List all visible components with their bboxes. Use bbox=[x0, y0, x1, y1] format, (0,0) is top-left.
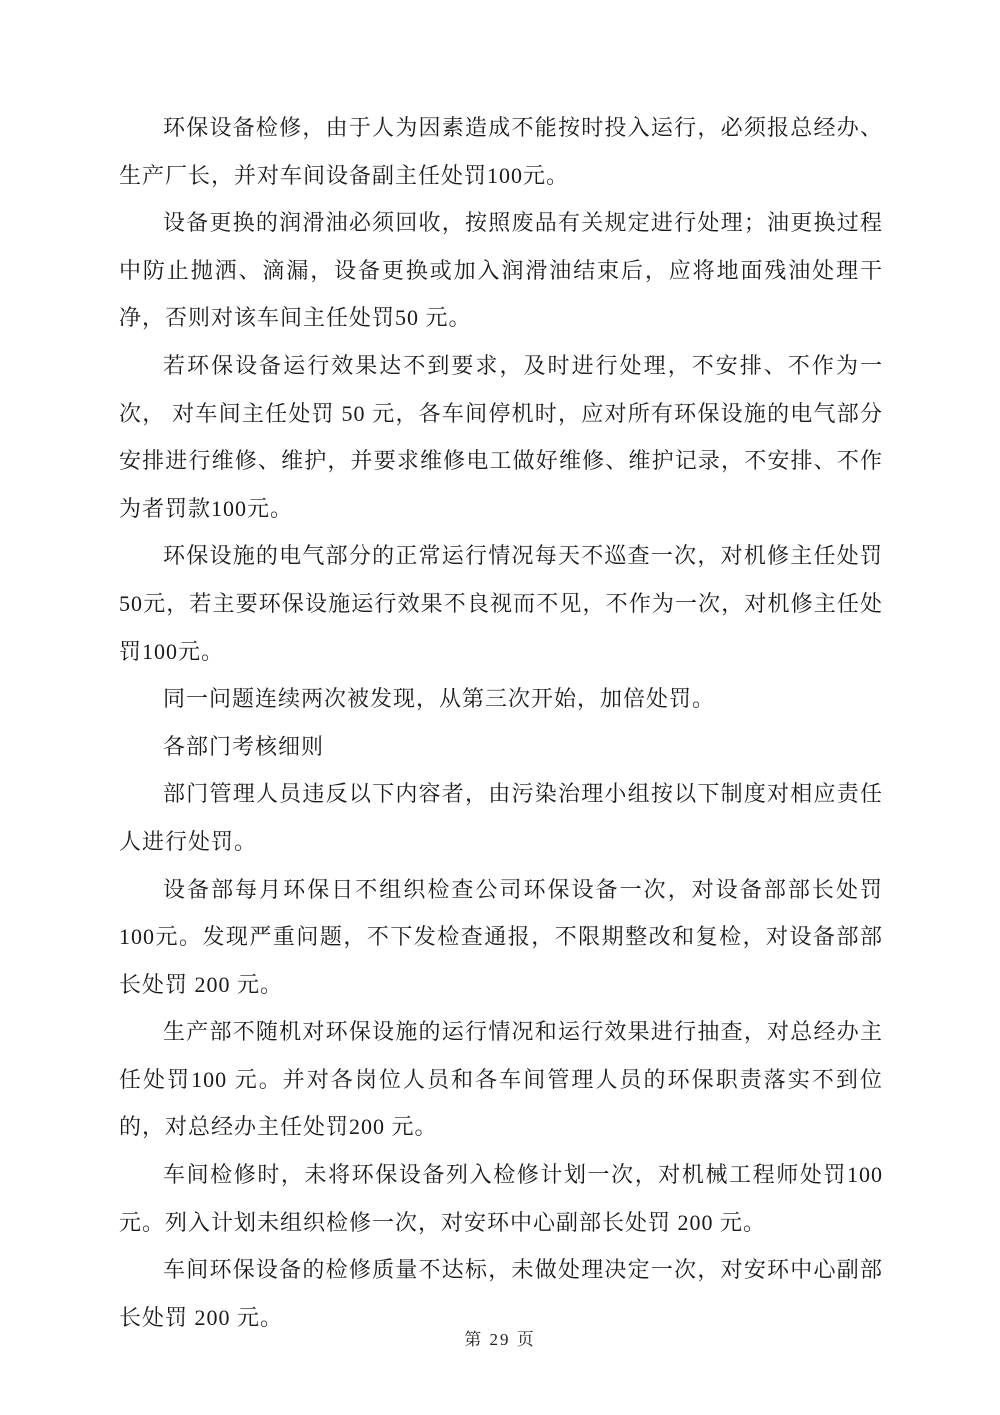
paragraph: 部门管理人员违反以下内容者，由污染治理小组按以下制度对相应责任人进行处罚。 bbox=[119, 770, 883, 865]
paragraph: 环保设备检修，由于人为因素造成不能按时投入运行，必须报总经办、生产厂长，并对车间… bbox=[119, 104, 883, 199]
paragraph: 若环保设备运行效果达不到要求，及时进行处理，不安排、不作为一次， 对车间主任处罚… bbox=[119, 342, 883, 532]
paragraph: 设备更换的润滑油必须回收，按照废品有关规定进行处理；油更换过程中防止抛洒、滴漏，… bbox=[119, 199, 883, 342]
paragraph: 设备部每月环保日不组织检查公司环保设备一次，对设备部部长处罚100元。发现严重问… bbox=[119, 866, 883, 1009]
paragraph: 同一问题连续两次被发现，从第三次开始，加倍处罚。 bbox=[119, 675, 883, 723]
paragraph: 生产部不随机对环保设施的运行情况和运行效果进行抽查，对总经办主任处罚100 元。… bbox=[119, 1008, 883, 1151]
paragraph: 环保设施的电气部分的正常运行情况每天不巡查一次，对机修主任处罚50元，若主要环保… bbox=[119, 532, 883, 675]
paragraph: 车间检修时，未将环保设备列入检修计划一次，对机械工程师处罚100元。列入计划未组… bbox=[119, 1151, 883, 1246]
document-page: 环保设备检修，由于人为因素造成不能按时投入运行，必须报总经办、生产厂长，并对车间… bbox=[0, 0, 1000, 1415]
page-number: 第 29 页 bbox=[0, 1328, 1000, 1352]
paragraph: 各部门考核细则 bbox=[119, 723, 883, 771]
document-body: 环保设备检修，由于人为因素造成不能按时投入运行，必须报总经办、生产厂长，并对车间… bbox=[119, 104, 883, 1341]
